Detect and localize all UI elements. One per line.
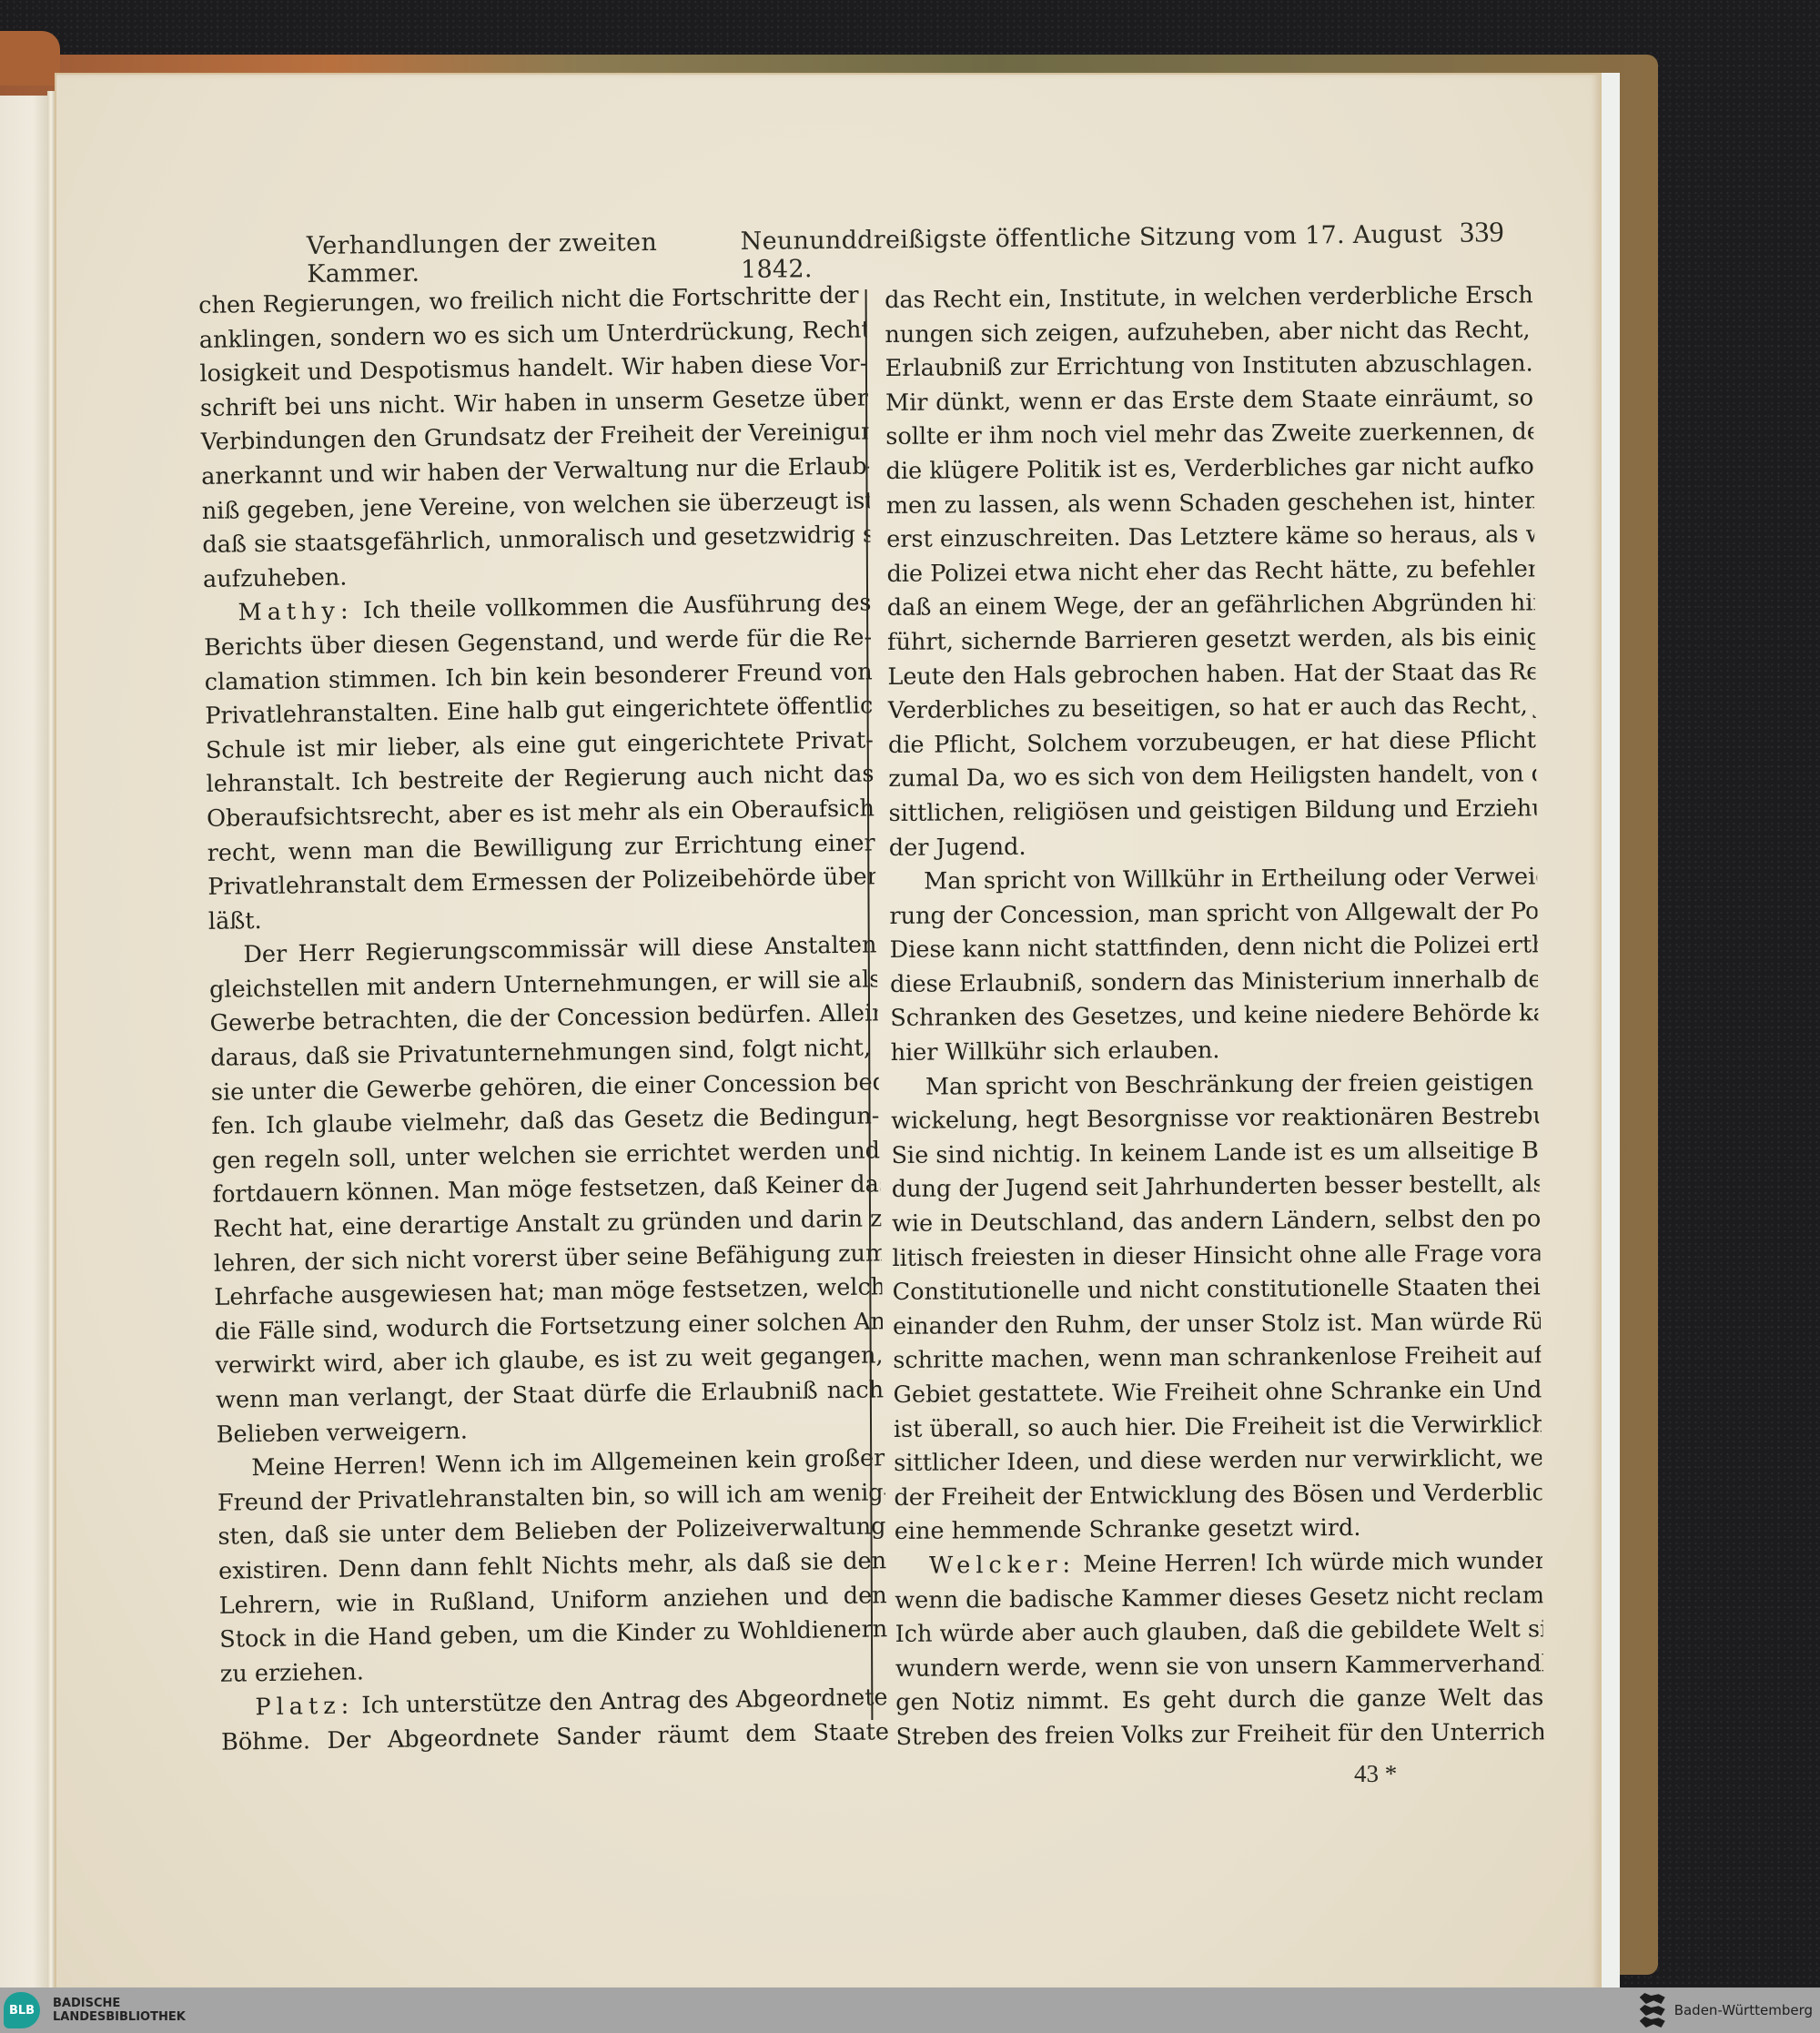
text-line: der Jugend.	[889, 826, 1537, 865]
text-line: der Freiheit der Entwicklung des Bösen u…	[894, 1476, 1542, 1515]
line-text: der Freiheit der Entwicklung des Bösen u…	[894, 1479, 1542, 1512]
line-text: Gebiet gestattete. Wie Freiheit ohne Sch…	[893, 1376, 1541, 1409]
speaker-name: Welcker:	[929, 1551, 1076, 1579]
line-text: Privatlehranstalten. Eine halb gut einge…	[205, 692, 873, 730]
line-text: wenn die badische Kammer dieses Gesetz n…	[895, 1581, 1542, 1613]
line-text: zumal Da, wo es sich von dem Heiligsten …	[888, 760, 1536, 793]
line-text: fen. Ich glaube vielmehr, daß das Gesetz…	[211, 1103, 879, 1141]
text-line: nungen sich zeigen, aufzuheben, aber nic…	[885, 313, 1532, 352]
line-text: führt, sichernde Barrieren gesetzt werde…	[887, 623, 1535, 656]
line-text: dung der Jugend seit Jahrhunderten besse…	[892, 1171, 1540, 1204]
text-line: zumal Da, wo es sich von dem Heiligsten …	[888, 758, 1536, 797]
text-line: einander den Ruhm, der unser Stolz ist. …	[893, 1305, 1541, 1344]
blb-logo[interactable]: BLB BADISCHE LANDESBIBLIOTHEK	[0, 1992, 186, 2028]
text-line: hier Willkühr sich erlauben.	[890, 1031, 1538, 1070]
line-text: das Recht ein, Institute, in welchen ver…	[885, 281, 1532, 314]
line-text: zu erziehen.	[220, 1658, 364, 1687]
line-text: hier Willkühr sich erlauben.	[891, 1037, 1220, 1067]
line-text: schritte machen, wenn man schrankenlose …	[893, 1341, 1541, 1374]
text-line: die Pflicht, Solchem vorzubeugen, er hat…	[888, 723, 1536, 763]
text-line: die klügere Politik ist es, Verderbliche…	[885, 450, 1533, 489]
line-text: wundern werde, wenn sie von unsern Kamme…	[895, 1650, 1543, 1683]
gutter	[47, 91, 55, 2009]
line-text: Meine Herren! Wenn ich im Allgemeinen ke…	[251, 1445, 885, 1482]
text-line: Man spricht von Willkühr in Ertheilung o…	[889, 860, 1537, 899]
line-text: Verbindungen den Grundsatz der Freiheit …	[200, 418, 868, 456]
line-text: existiren. Denn dann fehlt Nichts mehr, …	[218, 1547, 886, 1585]
text-line: men zu lassen, als wenn Schaden geschehe…	[886, 484, 1534, 523]
text-line: sittlicher Ideen, und diese werden nur v…	[894, 1442, 1542, 1482]
line-text: die Polizei etwa nicht eher das Recht hä…	[886, 555, 1534, 588]
text-line: Streben des freien Volks zur Freiheit fü…	[895, 1715, 1543, 1755]
line-text: verwirkt wird, aber ich glaube, es ist z…	[215, 1342, 883, 1381]
text-line: Leute den Hals gebrochen haben. Hat der …	[887, 655, 1535, 694]
text-line: Erlaubniß zur Errichtung von Instituten …	[885, 348, 1533, 387]
text-line: sittlichen, religiösen und geistigen Bil…	[888, 792, 1536, 831]
baden-wuerttemberg-label: Baden-Württemberg	[1674, 2002, 1813, 2018]
line-text: Meine Herren! Ich würde mich wundern,	[1083, 1547, 1542, 1578]
facing-page-edge	[0, 96, 47, 2008]
text-line: rung der Concession, man spricht von All…	[889, 895, 1537, 934]
text-line: Schranken des Gesetzes, und keine nieder…	[890, 997, 1538, 1037]
text-line: Gebiet gestattete. Wie Freiheit ohne Sch…	[893, 1373, 1541, 1412]
text-line: Verderbliches zu beseitigen, so hat er a…	[888, 690, 1536, 729]
text-line: Man spricht von Beschränkung der freien …	[891, 1066, 1539, 1105]
text-line: das Recht ein, Institute, in welchen ver…	[885, 278, 1532, 318]
line-text: losigkeit und Despotismus handelt. Wir h…	[199, 350, 867, 389]
line-text: nungen sich zeigen, aufzuheben, aber nic…	[885, 316, 1532, 349]
three-lions-icon	[1640, 1993, 1665, 2028]
line-text: Mir dünkt, wenn er das Erste dem Staate …	[885, 384, 1533, 417]
line-text: Stock in die Hand geben, um die Kinder z…	[219, 1615, 887, 1654]
text-line: Ich würde aber auch glauben, daß die geb…	[895, 1613, 1543, 1653]
text-line: sollte er ihm noch viel mehr das Zweite …	[885, 416, 1533, 455]
text-line: wundern werde, wenn sie von unsern Kamme…	[895, 1647, 1543, 1686]
line-text: schrift bei uns nicht. Wir haben in unse…	[200, 384, 868, 422]
line-text: läßt.	[208, 907, 262, 936]
text-line: erst einzuschreiten. Das Letztere käme s…	[886, 519, 1534, 558]
text-line: Mir dünkt, wenn er das Erste dem Staate …	[885, 381, 1533, 420]
line-text: fortdauern können. Man möge festsetzen, …	[212, 1171, 880, 1209]
line-text: wenn man verlangt, der Staat dürfe die E…	[216, 1376, 884, 1414]
line-text: Böhme. Der Abgeordnete Sander räumt dem …	[221, 1718, 889, 1756]
line-text: Verderbliches zu beseitigen, so hat er a…	[888, 692, 1536, 724]
line-text: Belieben verweigern.	[217, 1417, 469, 1448]
text-line: Sie sind nichtig. In keinem Lande ist es…	[891, 1134, 1539, 1173]
running-head-center: Neununddreißigste öffentliche Sitzung vo…	[741, 220, 1461, 284]
text-line: Diese kann nicht stattfinden, denn nicht…	[890, 929, 1538, 968]
right-column: das Recht ein, Institute, in welchen ver…	[885, 278, 1544, 1755]
line-text: diese Erlaubniß, sondern das Ministerium…	[890, 966, 1538, 998]
line-text: Berichts über diesen Gegenstand, und wer…	[204, 623, 872, 662]
line-text: eine hemmende Schranke gesetzt wird.	[895, 1514, 1361, 1545]
signature-mark: 43 *	[1354, 1760, 1397, 1788]
line-text: daß an einem Wege, der an gefährlichen A…	[887, 590, 1535, 622]
blb-name-line1: BADISCHE	[53, 1997, 186, 2010]
line-text: Privatlehranstalt dem Ermessen der Poliz…	[207, 863, 875, 901]
running-head-left: Verhandlungen der zweiten Kammer.	[307, 228, 741, 288]
blb-name: BADISCHE LANDESBIBLIOTHEK	[53, 1997, 186, 2024]
line-text: Gewerbe betrachten, die der Concession b…	[209, 1000, 877, 1038]
line-text: Recht hat, eine derartige Anstalt zu grü…	[213, 1205, 881, 1243]
line-text: gen regeln soll, unter welchen sie erric…	[212, 1137, 880, 1175]
text-line: führt, sichernde Barrieren gesetzt werde…	[887, 621, 1535, 660]
line-text: Lehrfache ausgewiesen hat; man möge fest…	[214, 1273, 882, 1311]
text-line: wie in Deutschland, das andern Ländern, …	[892, 1202, 1540, 1241]
text-line: die Polizei etwa nicht eher das Recht hä…	[886, 552, 1534, 592]
line-text: Man spricht von Beschränkung der freien …	[925, 1068, 1539, 1101]
baden-wuerttemberg-logo[interactable]: Baden-Württemberg	[1640, 1993, 1820, 2028]
text-line: wickelung, hegt Besorgnisse vor reaktion…	[891, 1100, 1539, 1139]
line-text: lehranstalt. Ich bestreite der Regierung…	[206, 761, 874, 799]
text-line: diese Erlaubniß, sondern das Ministerium…	[890, 963, 1538, 1002]
line-text: Sie sind nichtig. In keinem Lande ist es…	[891, 1137, 1539, 1169]
blb-name-line2: LANDESBIBLIOTHEK	[53, 2010, 186, 2024]
line-text: men zu lassen, als wenn Schaden geschehe…	[886, 487, 1534, 520]
blb-badge-icon: BLB	[4, 1992, 40, 2028]
line-text: wickelung, hegt Besorgnisse vor reaktion…	[891, 1102, 1539, 1135]
line-text: sittlicher Ideen, und diese werden nur v…	[894, 1444, 1542, 1477]
line-text: einander den Ruhm, der unser Stolz ist. …	[893, 1308, 1541, 1340]
text-line: eine hemmende Schranke gesetzt wird.	[895, 1511, 1542, 1550]
line-text: Ich würde aber auch glauben, daß die geb…	[895, 1615, 1543, 1648]
line-text: Der Herr Regierungscommissär will diese …	[243, 932, 876, 969]
line-text: anerkannt und wir haben der Verwaltung n…	[201, 452, 869, 491]
line-text: Erlaubniß zur Errichtung von Instituten …	[885, 350, 1533, 383]
text-line: litisch freiesten in dieser Hinsicht ohn…	[892, 1237, 1540, 1276]
footer-bar: BLB BADISCHE LANDESBIBLIOTHEK Baden-Würt…	[0, 1987, 1820, 2033]
text-line: Welcker: Meine Herren! Ich würde mich wu…	[895, 1544, 1542, 1583]
line-text: erst einzuschreiten. Das Letztere käme s…	[886, 521, 1534, 553]
line-text: Lehrern, wie in Rußland, Uniform anziehe…	[218, 1582, 886, 1620]
speaker-name: Mathy:	[238, 598, 353, 627]
line-text: Schranken des Gesetzes, und keine nieder…	[890, 1000, 1538, 1033]
line-text: die klügere Politik ist es, Verderbliche…	[885, 452, 1533, 485]
line-text: Schule ist mir lieber, als eine gut eing…	[206, 726, 874, 764]
line-text: gen Notiz nimmt. Es geht durch die ganze…	[895, 1684, 1543, 1717]
line-text: Streben des freien Volks zur Freiheit fü…	[895, 1718, 1543, 1751]
line-text: Constitutionelle und nicht constitutione…	[893, 1273, 1541, 1306]
text-line: Constitutionelle und nicht constitutione…	[893, 1271, 1541, 1310]
line-text: ist überall, so auch hier. Die Freiheit …	[894, 1411, 1542, 1443]
text-line: wenn die badische Kammer dieses Gesetz n…	[895, 1579, 1542, 1618]
line-text: sollte er ihm noch viel mehr das Zweite …	[885, 418, 1533, 450]
line-text: wie in Deutschland, das andern Ländern, …	[892, 1205, 1540, 1238]
text-line: gen Notiz nimmt. Es geht durch die ganze…	[895, 1682, 1543, 1721]
text-line: daß an einem Wege, der an gefährlichen A…	[887, 587, 1535, 626]
line-text: Ich unterstütze den Antrag des Abgeordne…	[361, 1684, 889, 1719]
line-text: aufzuheben.	[203, 563, 348, 592]
line-text: die Pflicht, Solchem vorzubeugen, er hat…	[888, 726, 1536, 759]
left-column: chen Regierungen, wo freilich nicht die …	[198, 278, 889, 1760]
page-number: 339	[1460, 215, 1504, 249]
speaker-name: Platz:	[255, 1693, 354, 1722]
line-text: Freund der Privatlehranstalten bin, so w…	[217, 1479, 885, 1517]
text-line: dung der Jugend seit Jahrhunderten besse…	[892, 1168, 1540, 1208]
line-text: litisch freiesten in dieser Hinsicht ohn…	[892, 1239, 1540, 1271]
line-text: Ich theile vollkommen die Ausführung des	[363, 590, 872, 625]
line-text: sten, daß sie unter dem Belieben der Pol…	[217, 1513, 885, 1552]
line-text: sittlichen, religiösen und geistigen Bil…	[888, 794, 1536, 827]
line-text: der Jugend.	[889, 833, 1026, 861]
text-line: ist überall, so auch hier. Die Freiheit …	[894, 1408, 1542, 1447]
line-text: gleichstellen mit andern Unternehmungen,…	[209, 966, 877, 1004]
line-text: Leute den Hals gebrochen haben. Hat der …	[887, 658, 1535, 691]
book-cover-corner	[0, 31, 60, 86]
text-line: schritte machen, wenn man schrankenlose …	[893, 1340, 1541, 1379]
line-text: Man spricht von Willkühr in Ertheilung o…	[924, 863, 1537, 895]
line-text: Diese kann nicht stattfinden, denn nicht…	[890, 931, 1538, 964]
line-text: rung der Concession, man spricht von All…	[889, 897, 1537, 930]
